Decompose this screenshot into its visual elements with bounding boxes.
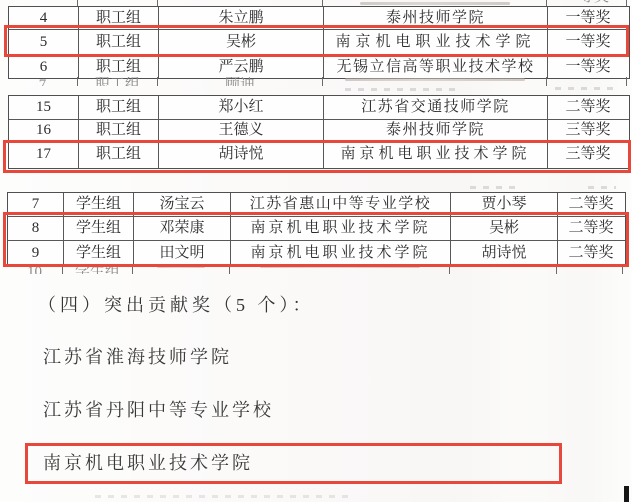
cell-person: 田文明 <box>134 241 231 265</box>
cell-teacher: 吴彬 <box>451 217 558 240</box>
cell-award-fragment <box>557 264 623 274</box>
table-row-highlighted: 8 学生组 邓荣康 南京机电职业技术学院 吴彬 二等奖 <box>8 216 625 240</box>
cell-group: 学生组 <box>64 241 134 265</box>
cell-seq: 16 <box>9 120 79 140</box>
cell-award: 三等奖 <box>548 141 628 168</box>
cell-school: 泰州技师学院 <box>324 120 548 140</box>
scanned-award-document: { "tables": [ { "name": "workers-group-f… <box>0 0 632 502</box>
illegible-text-fragment <box>360 2 510 5</box>
cell-seq: 4 <box>9 7 79 29</box>
illegible-text-fragment <box>157 265 205 268</box>
cell-group: 职工组 <box>79 120 159 140</box>
cell-group-fragment: 职工组 <box>78 77 158 86</box>
cell-seq-fragment: 10 <box>7 264 63 274</box>
ink-mark <box>624 486 629 502</box>
cell-school: 无锡立信高等职业技术学校 <box>324 56 548 78</box>
cell-school: 泰州技师学院 <box>324 7 548 29</box>
cell-seq: 9 <box>8 241 64 265</box>
table-row: 16 职工组 王德义 泰州技师学院 三等奖 <box>9 119 629 140</box>
table1-cut-row-bottom: 7 职工组 顾迪 <box>8 77 627 86</box>
cell-person: 汤宝云 <box>134 193 231 216</box>
cell-teacher: 胡诗悦 <box>451 241 558 265</box>
contribution-award-item-highlighted: 南京机电职业技术学院 <box>43 449 253 475</box>
cell-award: 二等奖 <box>558 217 624 240</box>
cell-seq: 7 <box>8 193 64 216</box>
table-row-highlighted: 9 学生组 田文明 南京机电职业技术学院 胡诗悦 二等奖 <box>8 240 625 265</box>
cell-seq: 8 <box>8 217 64 240</box>
cell-school-fragment <box>323 77 547 86</box>
scan-smudge <box>555 87 613 90</box>
cell-award-fragment <box>547 77 627 86</box>
cell-teacher-fragment <box>450 264 557 274</box>
cell-award: 一等奖 <box>548 56 628 78</box>
cell-person: 吴彬 <box>159 30 324 55</box>
cell-award: 二等奖 <box>558 241 624 265</box>
cell-group: 职工组 <box>79 7 159 29</box>
cell-seq: 17 <box>9 141 79 168</box>
cell-group: 职工组 <box>79 56 159 78</box>
cell-person: 朱立鹏 <box>159 7 324 29</box>
cell-seq: 6 <box>9 56 79 78</box>
cell-group: 学生组 <box>64 217 134 240</box>
cell-group-fragment: 学生组 <box>63 264 133 274</box>
table-row: 6 职工组 严云鹏 无锡立信高等职业技术学校 一等奖 <box>9 55 629 78</box>
section-heading: （四）突出贡献奖（5 个）： <box>38 291 315 317</box>
illegible-text-fragment <box>260 265 420 268</box>
cell-award: 一等奖 <box>548 7 628 29</box>
table-row-highlighted: 17 职工组 胡诗悦 南京机电职业技术学院 三等奖 <box>9 140 629 168</box>
cell-group: 学生组 <box>64 193 134 216</box>
cell-person-fragment <box>133 264 230 274</box>
award-table-students: 7 学生组 汤宝云 江苏省惠山中等专业学校 贾小琴 二等奖 8 学生组 邓荣康 … <box>7 192 626 266</box>
scan-smudge <box>345 88 460 91</box>
award-fragment-text: 一等奖 <box>564 0 609 5</box>
cell-person: 王德义 <box>159 120 324 140</box>
scan-smudge <box>588 186 616 189</box>
cell-seq: 5 <box>9 30 79 55</box>
contribution-award-item: 江苏省丹阳中等专业学校 <box>43 396 274 422</box>
table-row: 4 职工组 朱立鹏 泰州技师学院 一等奖 <box>9 7 629 29</box>
cell-seq-fragment: 7 <box>8 77 78 86</box>
illegible-text-fragment <box>345 78 525 81</box>
cell-group: 职工组 <box>79 30 159 55</box>
table-row: 15 职工组 郑小红 江苏省交通技师学院 二等奖 <box>9 96 629 119</box>
table-row: 7 学生组 汤宝云 江苏省惠山中等专业学校 贾小琴 二等奖 <box>8 193 625 216</box>
cell-teacher: 贾小琴 <box>451 193 558 216</box>
cell-group: 职工组 <box>79 141 159 168</box>
contribution-award-item: 江苏省淮海技师学院 <box>43 343 232 369</box>
cell-person: 胡诗悦 <box>159 141 324 168</box>
scan-smudge <box>470 186 518 189</box>
cell-person: 郑小红 <box>159 96 324 119</box>
cell-school: 南京机电职业技术学院 <box>324 30 548 55</box>
cell-person: 邓荣康 <box>134 217 231 240</box>
cell-school: 南京机电职业技术学院 <box>231 241 451 265</box>
cell-award: 二等奖 <box>548 96 628 119</box>
cell-person: 严云鹏 <box>159 56 324 78</box>
cell-school: 江苏省交通技师学院 <box>324 96 548 119</box>
cell-school: 南京机电职业技术学院 <box>324 141 548 168</box>
cell-school: 南京机电职业技术学院 <box>231 217 451 240</box>
cell-person-fragment: 顾迪 <box>158 77 323 86</box>
table-row-highlighted: 5 职工组 吴彬 南京机电职业技术学院 一等奖 <box>9 29 629 55</box>
cell-award: 三等奖 <box>548 120 628 140</box>
cell-award: 一等奖 <box>548 30 628 55</box>
cell-school: 江苏省惠山中等专业学校 <box>231 193 451 216</box>
cell-award: 二等奖 <box>558 193 624 216</box>
award-table-workers-second-third-prize: 15 职工组 郑小红 江苏省交通技师学院 二等奖 16 职工组 王德义 泰州技师… <box>8 95 630 169</box>
cell-group: 职工组 <box>79 96 159 119</box>
table3-cut-row-bottom: 10 学生组 <box>7 264 623 274</box>
cell-seq: 15 <box>9 96 79 119</box>
award-table-workers-first-prize: 4 职工组 朱立鹏 泰州技师学院 一等奖 5 职工组 吴彬 南京机电职业技术学院… <box>8 6 630 79</box>
cut-text-smudge <box>95 495 350 498</box>
cell-school-fragment <box>230 264 450 274</box>
